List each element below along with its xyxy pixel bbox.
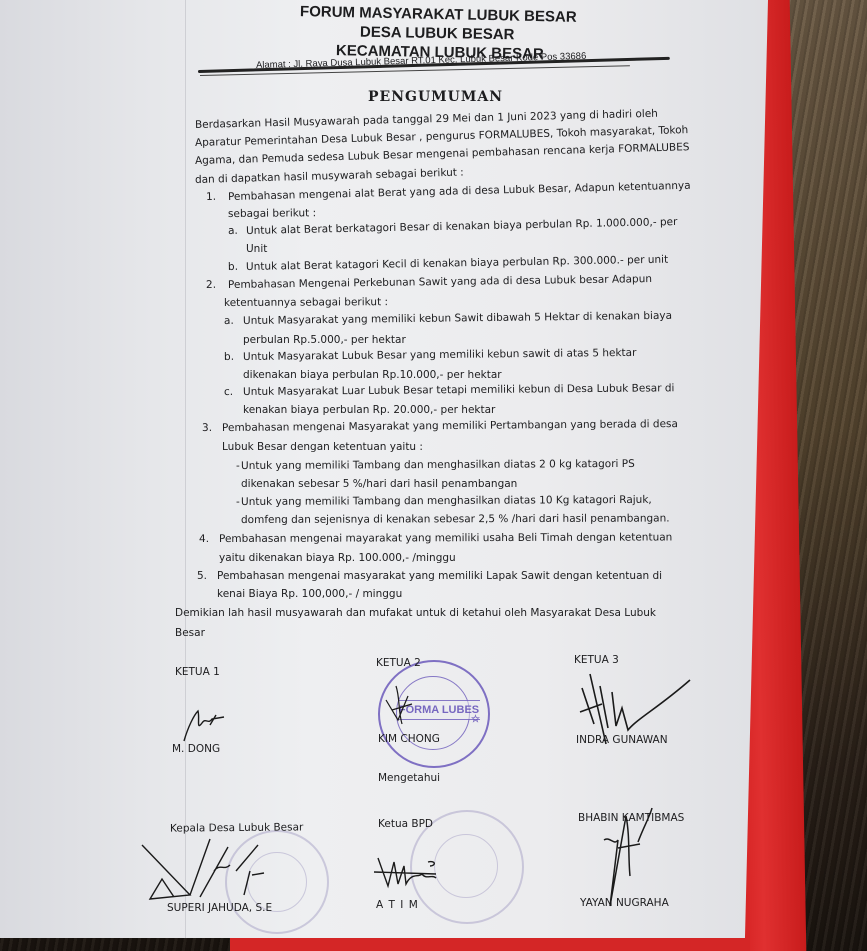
stamp-star-icon: ☆: [471, 714, 480, 725]
acknowledged-label: Mengetahui: [378, 772, 440, 784]
subitem-mark: -: [236, 496, 240, 508]
item-number: 3.: [202, 422, 212, 434]
subitem-mark: a.: [228, 225, 238, 237]
ketua1-role: KETUA 1: [175, 666, 220, 678]
item-text: yaitu dikenakan biaya Rp. 100.000,- /min…: [219, 552, 456, 564]
bpd-name: A T I M: [376, 899, 419, 911]
subitem-mark: b.: [228, 261, 238, 273]
subitem-text: Untuk yang memiliki Tambang dan menghasi…: [241, 494, 652, 508]
closing-text: Besar: [175, 627, 205, 639]
subitem-mark: c.: [224, 386, 233, 398]
item-text: kenai Biaya Rp. 100,000,- / minggu: [217, 588, 402, 600]
item-number: 4.: [199, 533, 209, 545]
intro-line: dan di dapatkan hasil musywarah sebagai …: [195, 166, 464, 186]
subitem-text: Untuk alat Berat katagori Kecil di kenak…: [246, 254, 668, 273]
letterhead-org: FORUM MASYARAKAT LUBUK BESAR: [300, 3, 577, 26]
subitem-text: Untuk Masyarakat Lubuk Besar yang memili…: [243, 347, 637, 363]
item-text: Pembahasan mengenai alat Berat yang ada …: [228, 180, 691, 203]
ketua2-signature-icon: [378, 680, 418, 730]
subitem-text: dikenakan biaya perbulan Rp.10.000,- per…: [243, 369, 502, 381]
kades-signature-icon: [140, 835, 300, 905]
kades-name: SUPERI JAHUDA, S.E: [167, 902, 272, 914]
item-text: Pembahasan mengenai masyarakat yang memi…: [217, 570, 662, 582]
letterhead-village: DESA LUBUK BESAR: [360, 24, 515, 44]
subitem-mark: -: [236, 460, 240, 472]
subitem-text: Untuk Masyarakat Luar Lubuk Besar tetapi…: [243, 382, 675, 398]
item-number: 2.: [206, 279, 216, 291]
bpd-signature-icon: [372, 852, 452, 892]
subitem-text: domfeng dan sejenisnya di kenakan sebesa…: [241, 513, 670, 526]
item-text: Pembahasan Mengenai Perkebunan Sawit yan…: [228, 273, 652, 291]
item-text: ketentuannya sebagai berikut :: [224, 296, 388, 309]
subitem-text: dikenakan sebesar 5 %/hari dari hasil pe…: [241, 478, 517, 490]
item-text: Pembahasan mengenai mayarakat yang memil…: [219, 531, 672, 545]
subitem-mark: b.: [224, 351, 234, 363]
item-number: 1.: [206, 191, 216, 203]
bhabin-name: YAYAN NUGRAHA: [580, 897, 669, 909]
ketua2-role: KETUA 2: [376, 657, 421, 669]
subitem-text: Untuk yang memiliki Tambang dan menghasi…: [241, 458, 635, 472]
ketua3-role: KETUA 3: [574, 654, 619, 666]
ketua1-signature-icon: [180, 705, 230, 745]
ketua2-name: KIM CHONG: [378, 733, 440, 745]
subitem-text: kenakan biaya perbulan Rp. 20.000,- per …: [243, 404, 495, 416]
item-text: sebagai berikut :: [228, 207, 316, 220]
bpd-role: Ketua BPD: [378, 818, 433, 830]
subitem-mark: a.: [224, 315, 234, 327]
kades-role: Kepala Desa Lubuk Besar: [170, 821, 303, 834]
closing-text: Demikian lah hasil musyawarah dan mufaka…: [175, 607, 656, 619]
item-text: Lubuk Besar dengan ketentuan yaitu :: [222, 441, 423, 453]
ketua3-name: INDRA GUNAWAN: [576, 734, 668, 746]
subitem-text: perbulan Rp.5.000,- per hektar: [243, 334, 406, 346]
announcement-document: FORUM MASYARAKAT LUBUK BESAR DESA LUBUK …: [0, 0, 867, 951]
subitem-text: Untuk Masyarakat yang memiliki kebun Saw…: [243, 310, 672, 327]
subitem-text: Unit: [246, 243, 267, 255]
ketua1-name: M. DONG: [172, 743, 220, 755]
document-title: PENGUMUMAN: [368, 89, 503, 105]
item-number: 5.: [197, 570, 207, 582]
item-text: Pembahasan mengenai Masyarakat yang memi…: [222, 418, 678, 434]
